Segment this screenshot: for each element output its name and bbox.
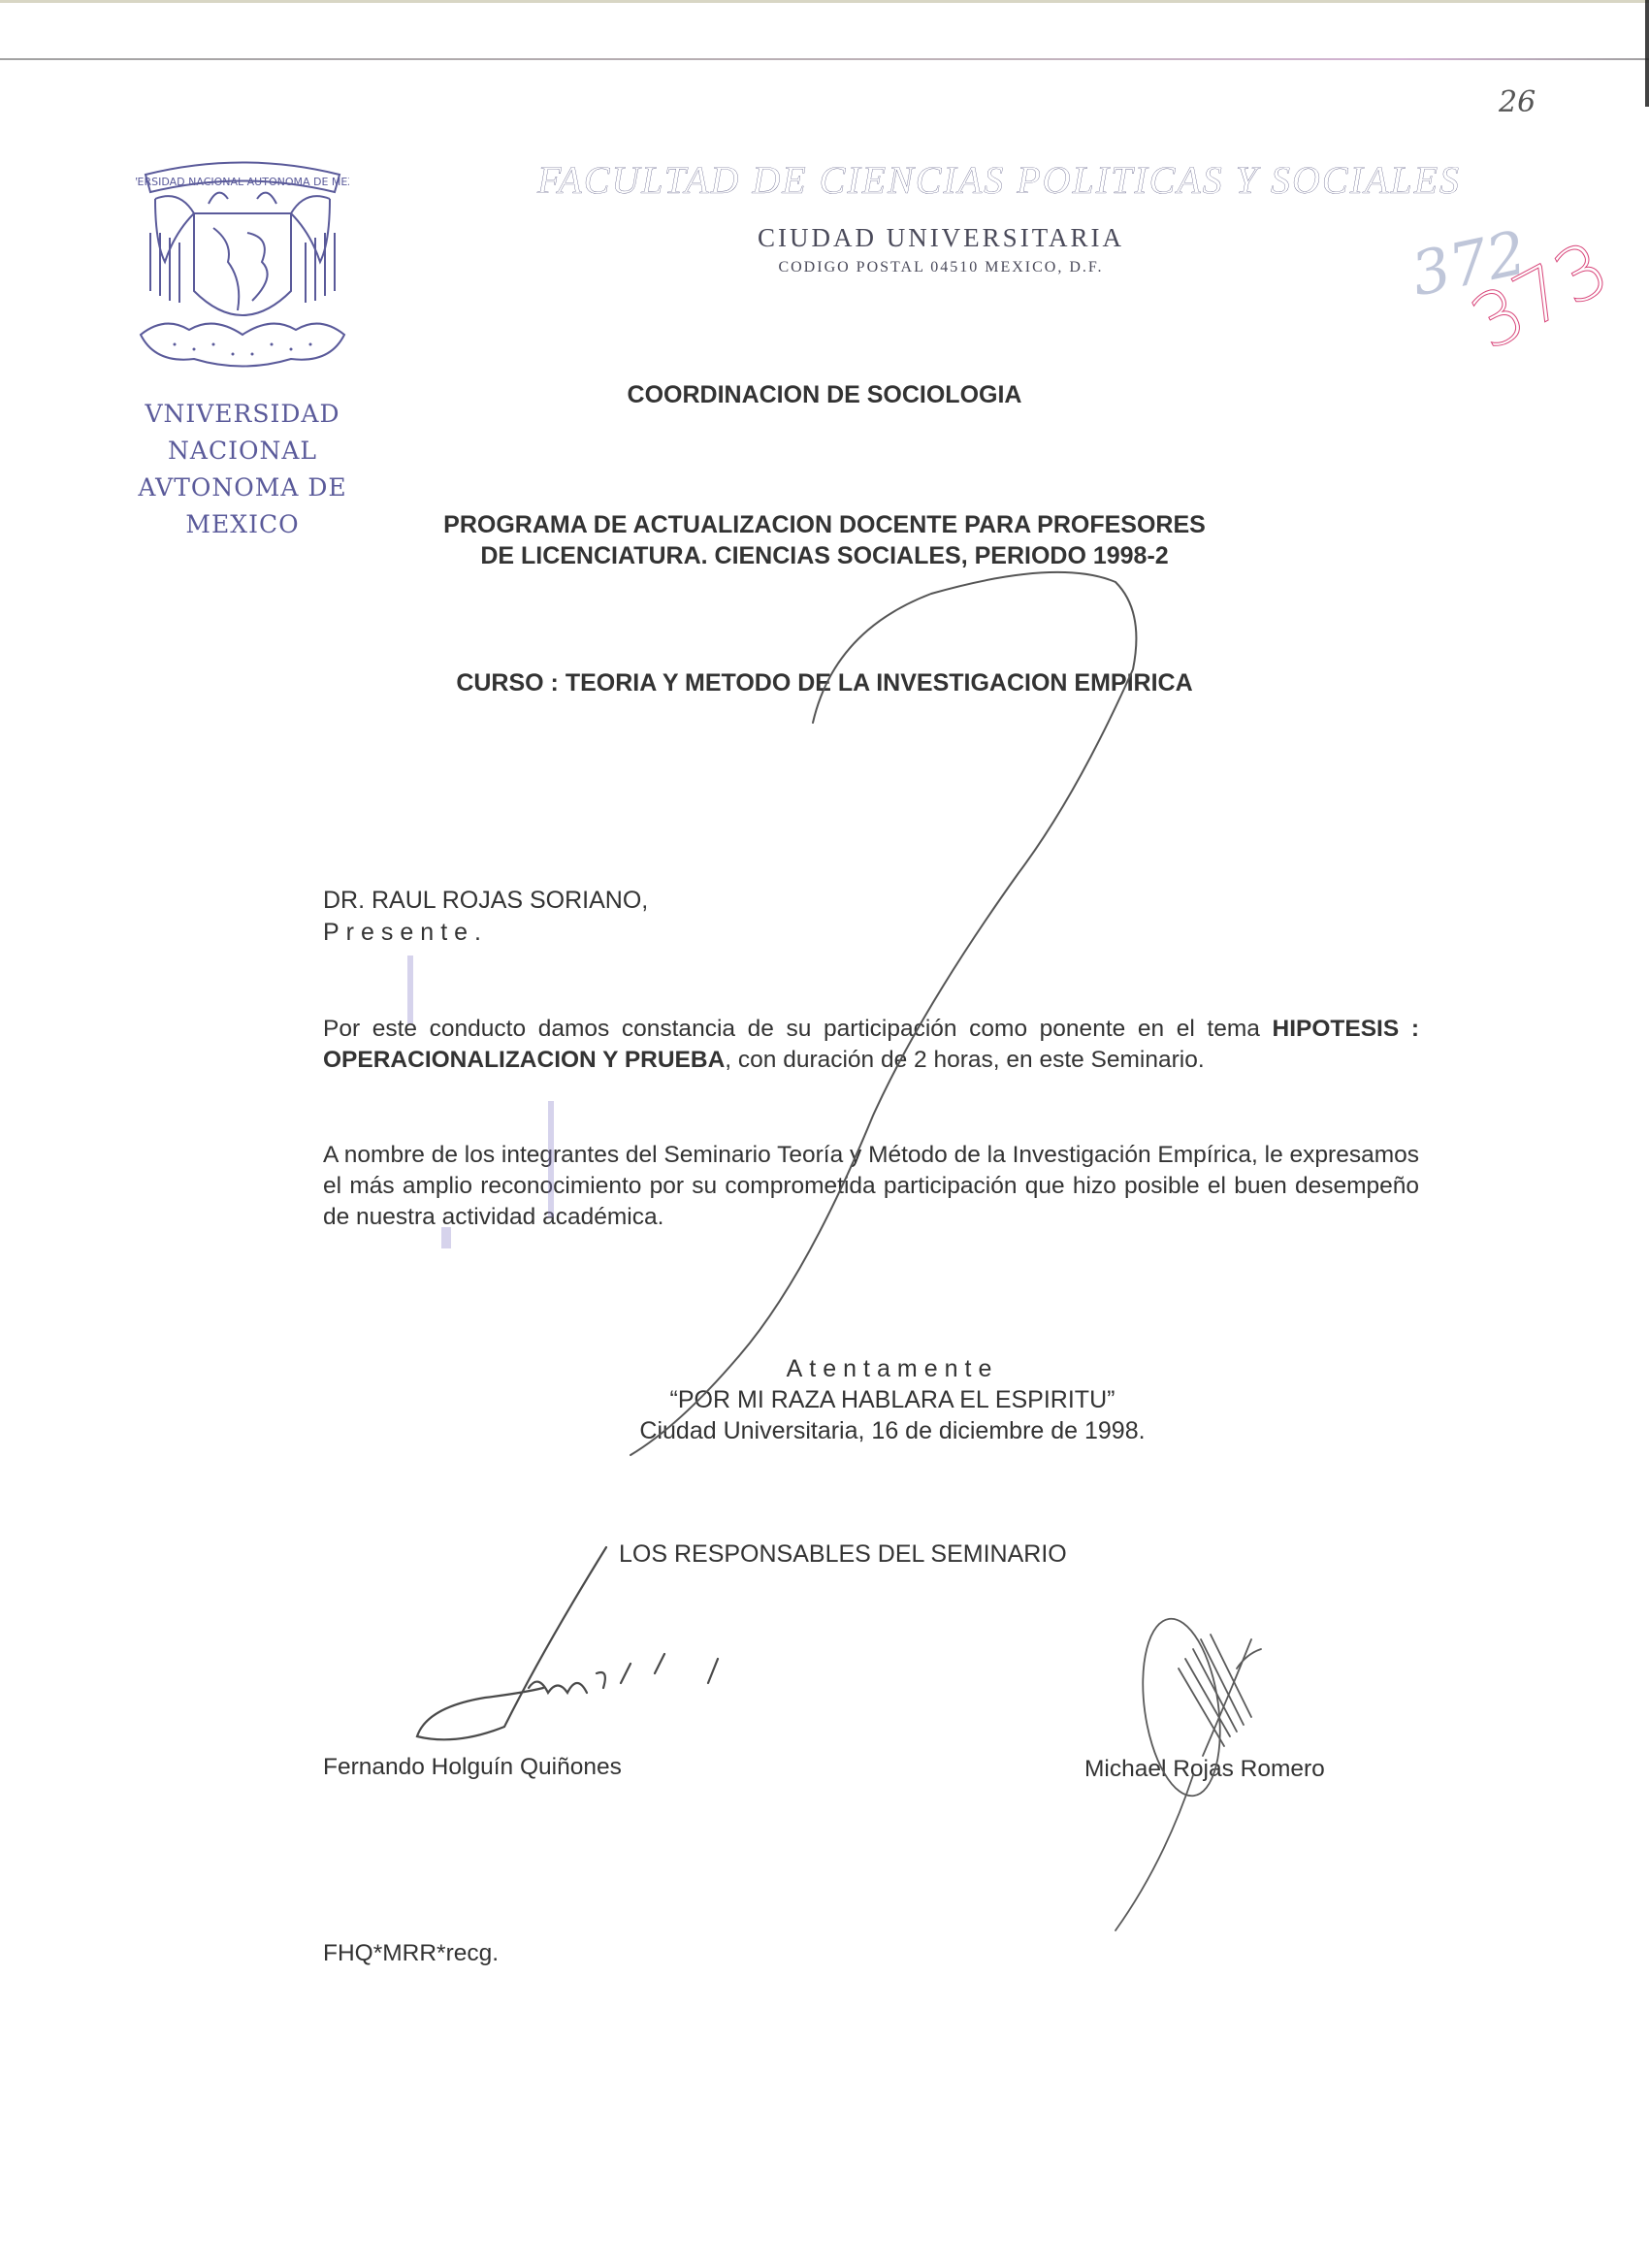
unam-seal-icon: UNIVERSIDAD NACIONAL AUTONOMA DE MEXICO [136,155,349,378]
campus-name: CIUDAD UNIVERSITARIA [582,223,1300,253]
faculty-name: FACULTAD DE CIENCIAS POLITICAS Y SOCIALE… [485,157,1513,203]
paragraph-text: Por este conducto damos constancia de su… [323,1016,1273,1042]
program-title: PROGRAMA DE ACTUALIZACION DOCENTE PARA P… [339,509,1309,571]
svg-text:UNIVERSIDAD NACIONAL AUTONOMA: UNIVERSIDAD NACIONAL AUTONOMA DE MEXICO [136,176,349,188]
body-paragraph-1: Por este conducto damos constancia de su… [323,1014,1419,1076]
motto: “POR MI RAZA HABLARA EL ESPIRITU” [543,1384,1242,1415]
program-title-line: PROGRAMA DE ACTUALIZACION DOCENTE PARA P… [339,509,1309,540]
recipient-block: DR. RAUL ROJAS SORIANO, Presente. [323,885,648,949]
paragraph-text: , con duración de 2 horas, en este Semin… [725,1047,1204,1073]
signer-name-2: Michael Rojas Romero [1084,1756,1325,1783]
signatures-heading: LOS RESPONSABLES DEL SEMINARIO [619,1540,1067,1569]
seal-caption-line: VNIVERSIDAD NACIONAL [87,396,398,470]
signature-fernando-icon [417,1547,718,1739]
paper-top-edge [0,0,1649,3]
program-title-line: DE LICENCIATURA. CIENCIAS SOCIALES, PERI… [339,540,1309,571]
seal-caption-line: AVTONOMA DE [87,470,398,506]
postal-address: CODIGO POSTAL 04510 MEXICO, D.F. [582,259,1300,276]
signer-name-1: Fernando Holguín Quiñones [323,1754,622,1781]
handwritten-page-number: 26 [1499,85,1536,119]
salutation: Presente. [323,917,648,949]
reference-initials: FHQ*MRR*recg. [323,1940,499,1967]
coordination-title: COORDINACION DE SOCIOLOGIA [485,381,1164,409]
valediction: Atentamente [543,1353,1242,1384]
closing-block: Atentamente “POR MI RAZA HABLARA EL ESPI… [543,1353,1242,1446]
scan-edge-shadow [1645,0,1649,107]
body-paragraph-2: A nombre de los integrantes del Seminari… [323,1140,1419,1233]
place-date: Ciudad Universitaria, 16 de diciembre de… [543,1415,1242,1446]
recipient-name: DR. RAUL ROJAS SORIANO, [323,885,648,917]
course-title: CURSO : TEORIA Y METODO DE LA INVESTIGAC… [339,669,1309,697]
scan-fold-line [0,58,1649,60]
